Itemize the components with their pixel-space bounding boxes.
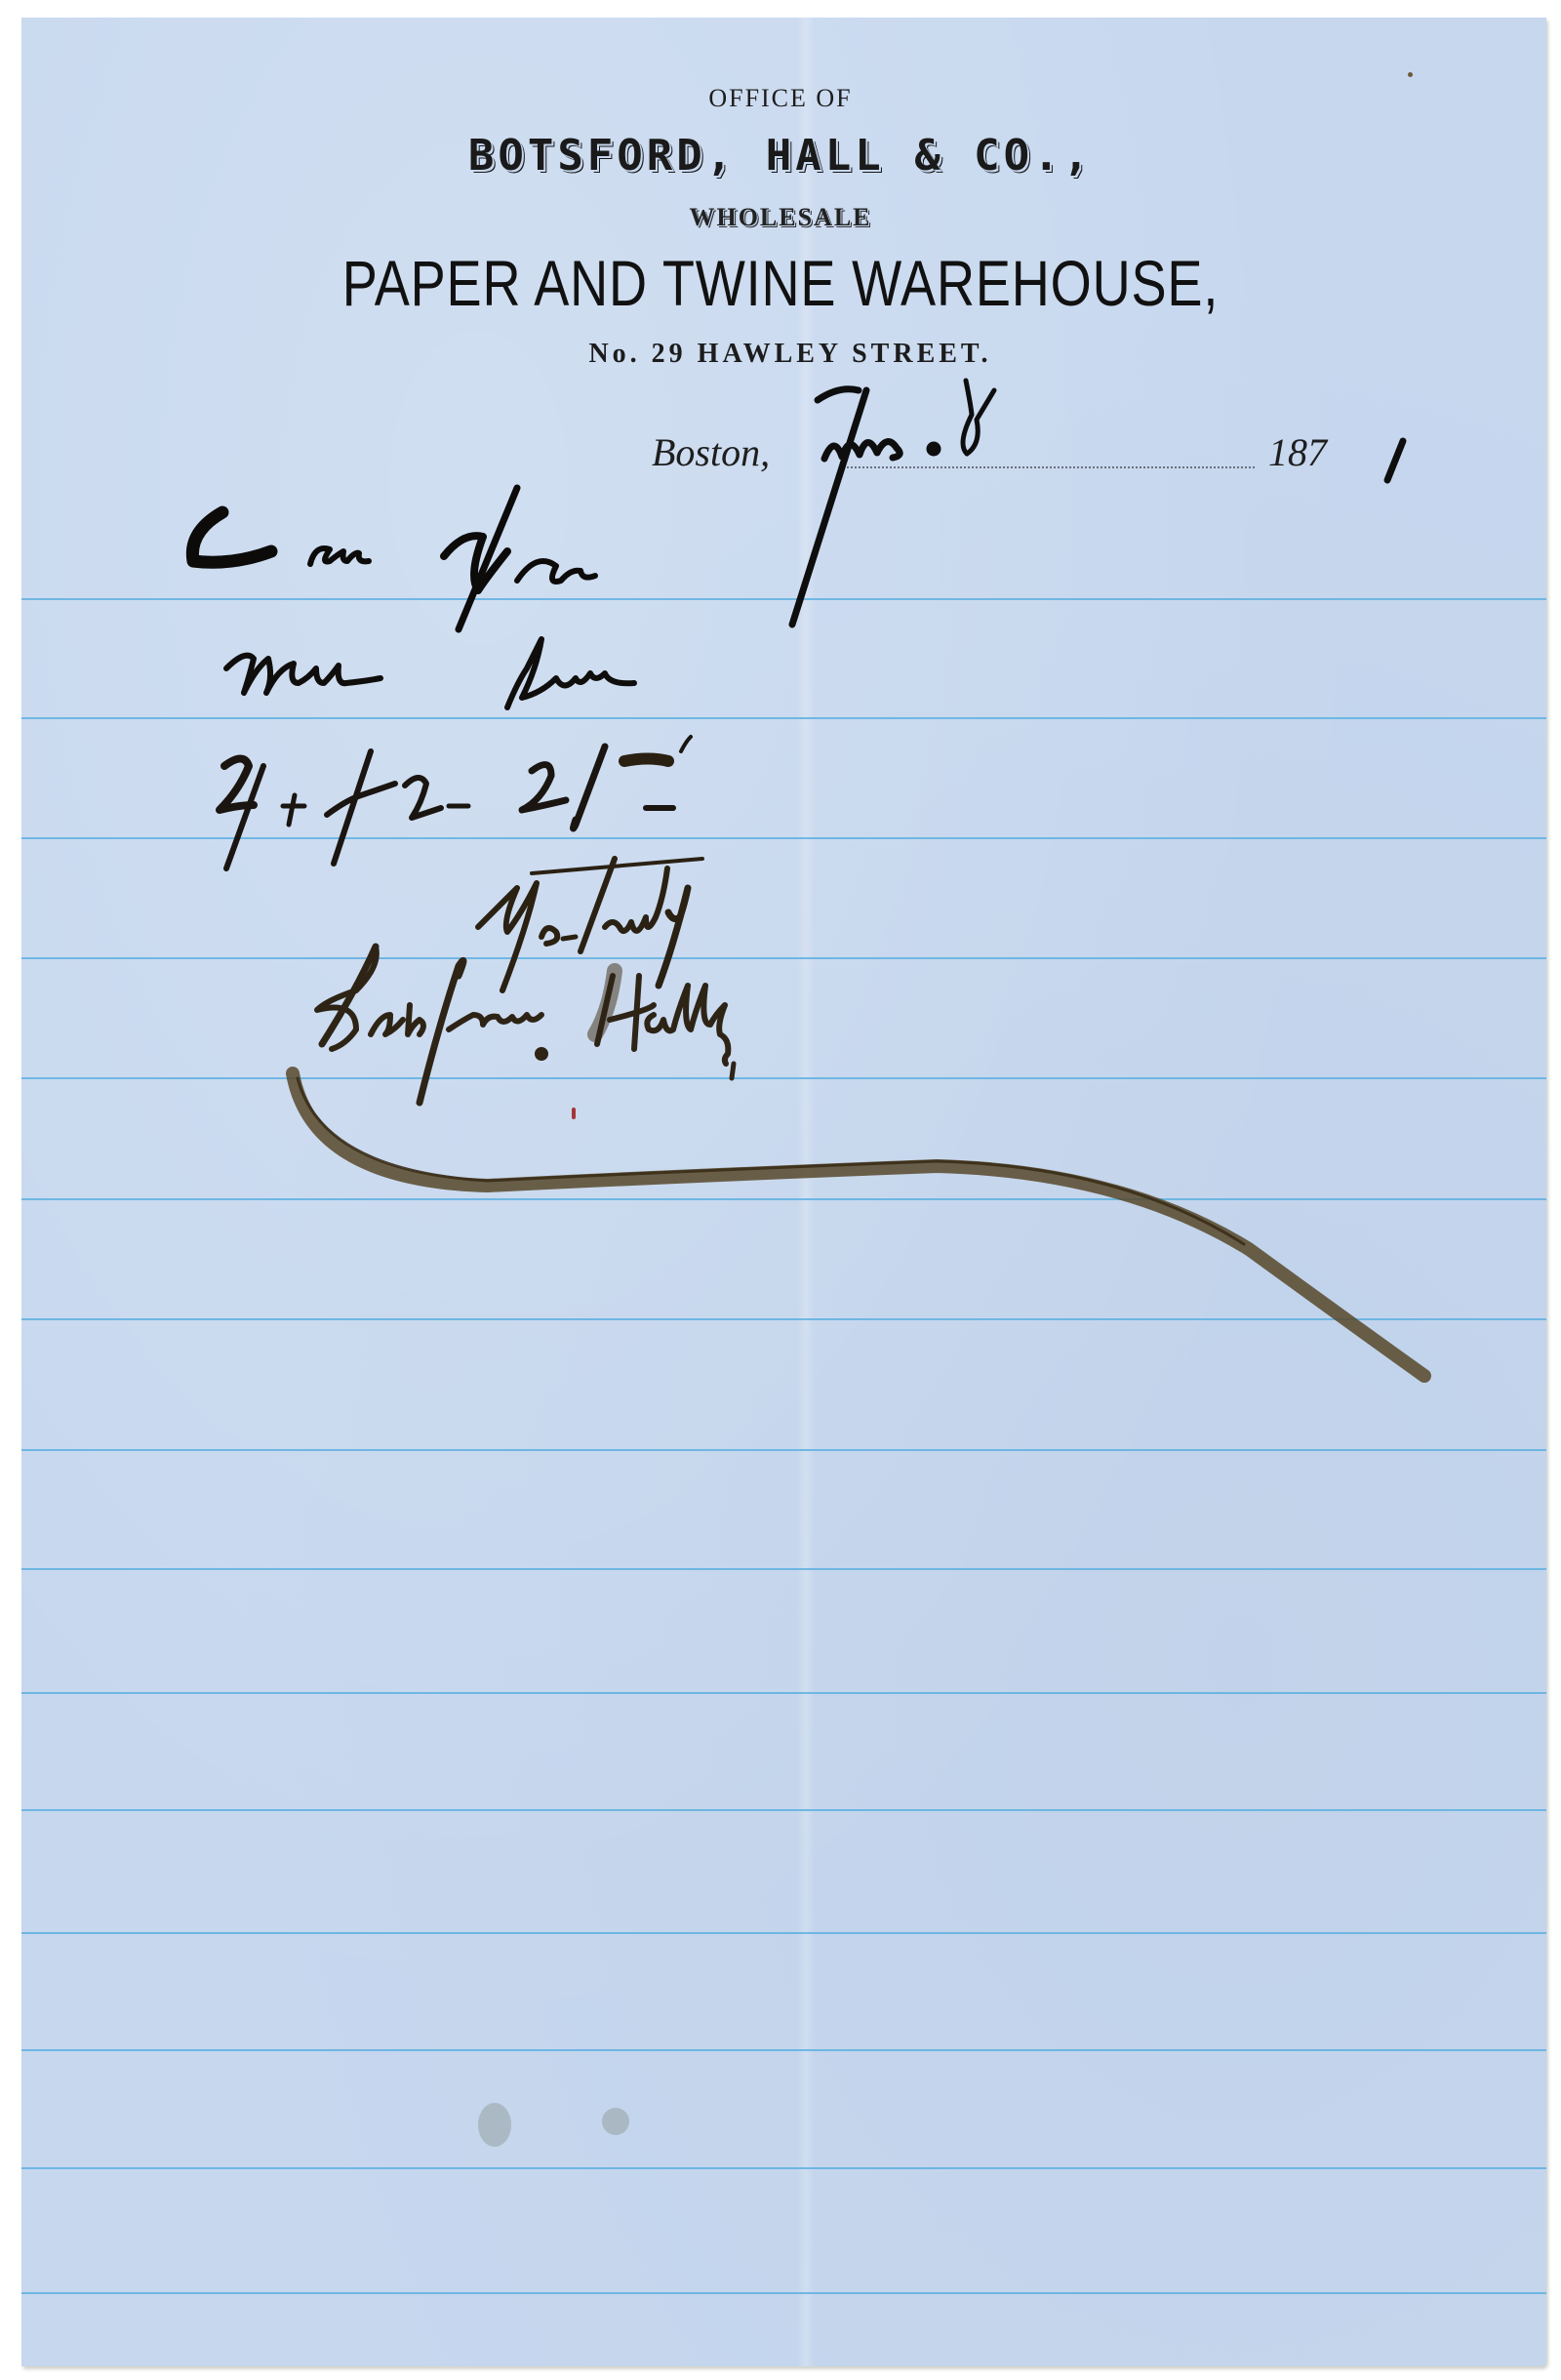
signature-flourish	[293, 1073, 1424, 1376]
handwritten-line-make-some	[226, 639, 634, 707]
handwritten-date	[792, 381, 1403, 625]
handwritten-signature	[317, 947, 734, 1103]
handwritten-closing	[478, 859, 702, 990]
paper-stain	[602, 2108, 629, 2135]
paper-speck	[1408, 72, 1413, 77]
handwriting-layer	[0, 0, 1561, 2380]
red-ink-speck	[572, 1108, 576, 1119]
handwritten-line-can-you	[192, 488, 595, 629]
paper-stain	[478, 2103, 511, 2147]
handwritten-figures	[220, 737, 691, 868]
